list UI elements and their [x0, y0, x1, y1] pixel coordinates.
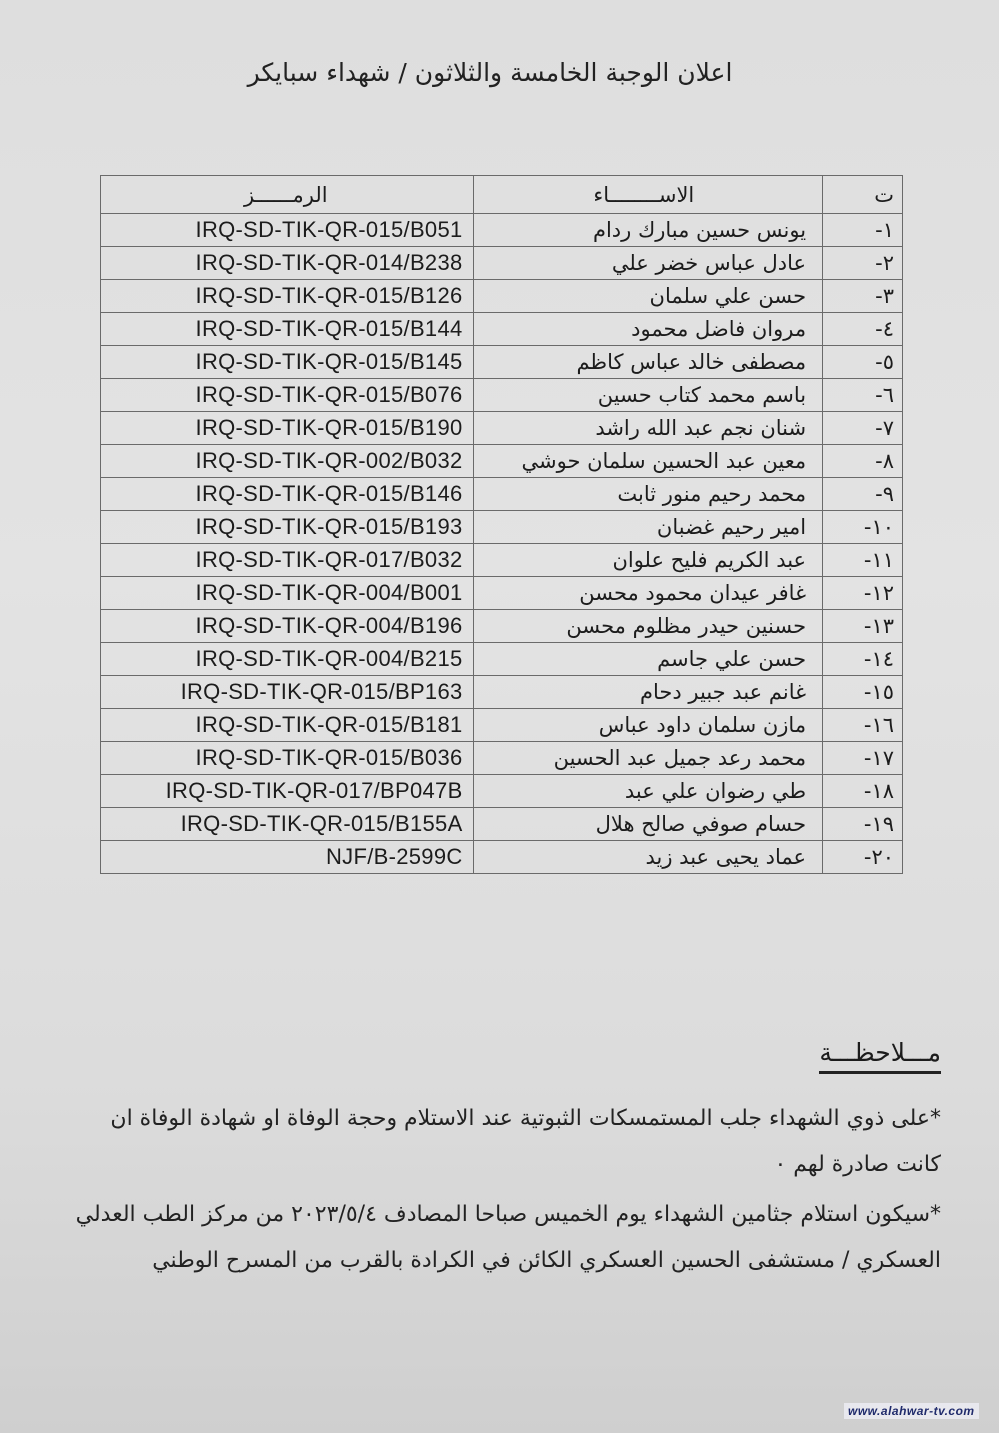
table-row: ١٣-حسنين حيدر مظلوم محسنIRQ-SD-TIK-QR-00… — [101, 610, 903, 643]
row-name: حسن علي جاسم — [473, 643, 823, 676]
row-code: IRQ-SD-TIK-QR-015/B076 — [101, 379, 474, 412]
row-number: ٥- — [823, 346, 903, 379]
row-name: حسن علي سلمان — [473, 280, 823, 313]
row-code: IRQ-SD-TIK-QR-017/B032 — [101, 544, 474, 577]
row-name: شنان نجم عبد الله راشد — [473, 412, 823, 445]
row-number: ١٧- — [823, 742, 903, 775]
row-number: ١٤- — [823, 643, 903, 676]
row-name: معين عبد الحسين سلمان حوشي — [473, 445, 823, 478]
row-number: ١٥- — [823, 676, 903, 709]
row-name: محمد رعد جميل عبد الحسين — [473, 742, 823, 775]
row-name: غافر عيدان محمود محسن — [473, 577, 823, 610]
table-row: ١-يونس حسين مبارك ردامIRQ-SD-TIK-QR-015/… — [101, 214, 903, 247]
row-code: IRQ-SD-TIK-QR-015/B126 — [101, 280, 474, 313]
table-row: ١٥-غانم عبد جبير دحامIRQ-SD-TIK-QR-015/B… — [101, 676, 903, 709]
table-row: ٣-حسن علي سلمانIRQ-SD-TIK-QR-015/B126 — [101, 280, 903, 313]
table-row: ١٦-مازن سلمان داود عباسIRQ-SD-TIK-QR-015… — [101, 709, 903, 742]
table-row: ١٧-محمد رعد جميل عبد الحسينIRQ-SD-TIK-QR… — [101, 742, 903, 775]
row-number: ١٠- — [823, 511, 903, 544]
row-name: محمد رحيم منور ثابت — [473, 478, 823, 511]
row-name: عبد الكريم فليح علوان — [473, 544, 823, 577]
table-row: ٦-باسم محمد كتاب حسينIRQ-SD-TIK-QR-015/B… — [101, 379, 903, 412]
table-row: ٢٠-عماد يحيى عبد زيدNJF/B-2599C — [101, 841, 903, 874]
row-code: IRQ-SD-TIK-QR-015/B193 — [101, 511, 474, 544]
row-number: ٨- — [823, 445, 903, 478]
row-code: IRQ-SD-TIK-QR-014/B238 — [101, 247, 474, 280]
notes-heading: مـــلاحظـــة — [819, 1038, 941, 1074]
row-number: ٢- — [823, 247, 903, 280]
watermark-url: www.alahwar-tv.com — [844, 1403, 979, 1419]
row-number: ١- — [823, 214, 903, 247]
row-code: IRQ-SD-TIK-QR-004/B001 — [101, 577, 474, 610]
row-name: عماد يحيى عبد زيد — [473, 841, 823, 874]
row-code: IRQ-SD-TIK-QR-015/B051 — [101, 214, 474, 247]
row-name: مروان فاضل محمود — [473, 313, 823, 346]
table-row: ١٩-حسام صوفي صالح هلالIRQ-SD-TIK-QR-015/… — [101, 808, 903, 841]
row-code: IRQ-SD-TIK-QR-017/BP047B — [101, 775, 474, 808]
table-row: ٩-محمد رحيم منور ثابتIRQ-SD-TIK-QR-015/B… — [101, 478, 903, 511]
row-number: ١٩- — [823, 808, 903, 841]
table-row: ٢-عادل عباس خضر عليIRQ-SD-TIK-QR-014/B23… — [101, 247, 903, 280]
row-name: باسم محمد كتاب حسين — [473, 379, 823, 412]
row-number: ١٢- — [823, 577, 903, 610]
row-code: IRQ-SD-TIK-QR-004/B215 — [101, 643, 474, 676]
row-name: امير رحيم غضبان — [473, 511, 823, 544]
row-code: IRQ-SD-TIK-QR-015/B145 — [101, 346, 474, 379]
row-name: مازن سلمان داود عباس — [473, 709, 823, 742]
table-row: ١٢-غافر عيدان محمود محسنIRQ-SD-TIK-QR-00… — [101, 577, 903, 610]
document-title: اعلان الوجبة الخامسة والثلاثون / شهداء س… — [240, 58, 740, 87]
row-code: IRQ-SD-TIK-QR-015/B190 — [101, 412, 474, 445]
header-number: ت — [823, 176, 903, 214]
note-item: *سيكون استلام جثامين الشهداء يوم الخميس … — [61, 1192, 941, 1284]
row-code: IRQ-SD-TIK-QR-002/B032 — [101, 445, 474, 478]
row-name: مصطفى خالد عباس كاظم — [473, 346, 823, 379]
table-row: ٥-مصطفى خالد عباس كاظمIRQ-SD-TIK-QR-015/… — [101, 346, 903, 379]
row-code: NJF/B-2599C — [101, 841, 474, 874]
header-name: الاســــــــاء — [473, 176, 823, 214]
row-code: IRQ-SD-TIK-QR-015/B036 — [101, 742, 474, 775]
row-name: حسام صوفي صالح هلال — [473, 808, 823, 841]
row-number: ٩- — [823, 478, 903, 511]
row-name: عادل عباس خضر علي — [473, 247, 823, 280]
table-row: ١٨-طي رضوان علي عبدIRQ-SD-TIK-QR-017/BP0… — [101, 775, 903, 808]
row-number: ٢٠- — [823, 841, 903, 874]
row-code: IRQ-SD-TIK-QR-015/BP163 — [101, 676, 474, 709]
header-code: الرمــــــز — [101, 176, 474, 214]
row-number: ٣- — [823, 280, 903, 313]
row-number: ١١- — [823, 544, 903, 577]
row-name: طي رضوان علي عبد — [473, 775, 823, 808]
row-number: ٦- — [823, 379, 903, 412]
row-number: ١٦- — [823, 709, 903, 742]
note-item: *على ذوي الشهداء جلب المستمسكات الثبوتية… — [61, 1096, 941, 1188]
row-name: غانم عبد جبير دحام — [473, 676, 823, 709]
row-code: IRQ-SD-TIK-QR-015/B155A — [101, 808, 474, 841]
table-row: ١٤-حسن علي جاسمIRQ-SD-TIK-QR-004/B215 — [101, 643, 903, 676]
table-header-row: ت الاســــــــاء الرمــــــز — [101, 176, 903, 214]
row-code: IRQ-SD-TIK-QR-004/B196 — [101, 610, 474, 643]
row-number: ٤- — [823, 313, 903, 346]
row-number: ١٨- — [823, 775, 903, 808]
row-code: IRQ-SD-TIK-QR-015/B181 — [101, 709, 474, 742]
table-row: ١١-عبد الكريم فليح علوانIRQ-SD-TIK-QR-01… — [101, 544, 903, 577]
row-name: حسنين حيدر مظلوم محسن — [473, 610, 823, 643]
martyrs-table: ت الاســــــــاء الرمــــــز ١-يونس حسين… — [100, 175, 903, 874]
table-row: ١٠-امير رحيم غضبانIRQ-SD-TIK-QR-015/B193 — [101, 511, 903, 544]
table-row: ٤-مروان فاضل محمودIRQ-SD-TIK-QR-015/B144 — [101, 313, 903, 346]
row-number: ١٣- — [823, 610, 903, 643]
table-row: ٨-معين عبد الحسين سلمان حوشيIRQ-SD-TIK-Q… — [101, 445, 903, 478]
row-code: IRQ-SD-TIK-QR-015/B146 — [101, 478, 474, 511]
table-row: ٧-شنان نجم عبد الله راشدIRQ-SD-TIK-QR-01… — [101, 412, 903, 445]
row-name: يونس حسين مبارك ردام — [473, 214, 823, 247]
row-code: IRQ-SD-TIK-QR-015/B144 — [101, 313, 474, 346]
row-number: ٧- — [823, 412, 903, 445]
